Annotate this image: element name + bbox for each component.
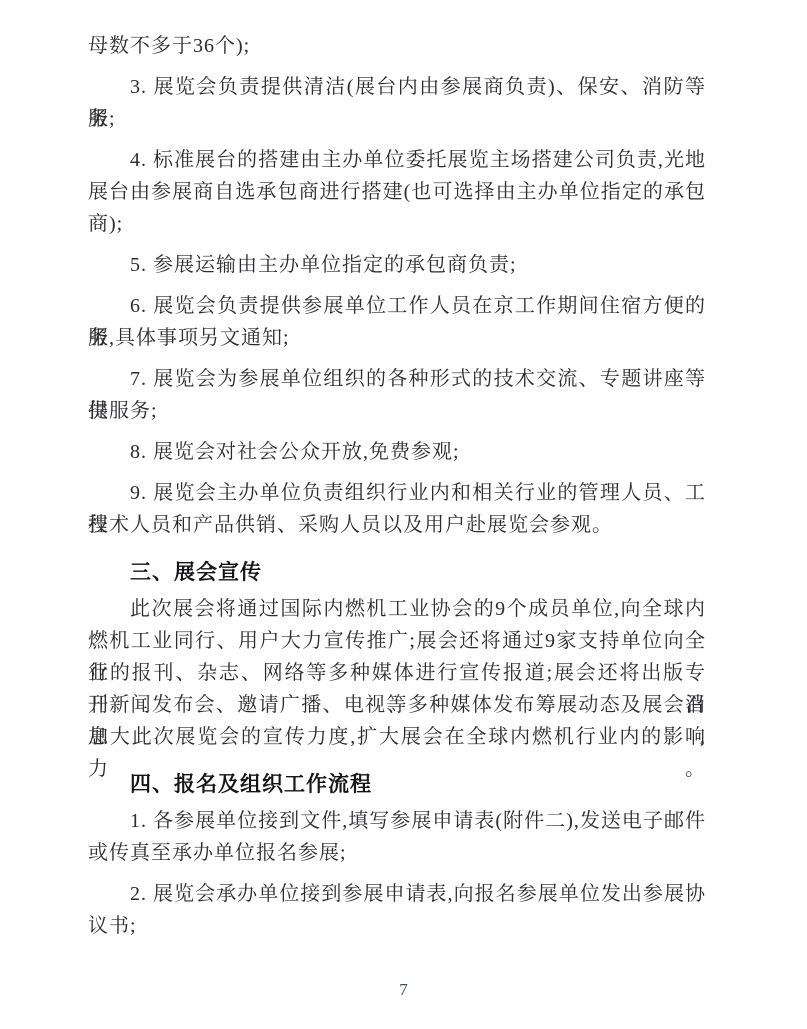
paragraph: 2. 展览会承办单位接到参展申请表,向报名参展单位发出参展协 议书; — [88, 878, 706, 942]
paragraph: 5. 参展运输由主办单位指定的承包商负责; — [88, 249, 706, 281]
text-line: 加大此次展览会的宣传力度,扩大展会在全球内燃机行业内的影响力。 — [88, 721, 706, 753]
text-line: 2. 展览会承办单位接到参展申请表,向报名参展单位发出参展协 — [88, 878, 706, 910]
page-number: 7 — [399, 980, 408, 999]
paragraph: 9. 展览会主办单位负责组织行业内和相关行业的管理人员、工程 技术人员和产品供销… — [88, 477, 706, 541]
text-line: 开新闻发布会、邀请广播、电视等多种媒体发布筹展动态及展会消息, — [88, 689, 706, 721]
paragraph: 8. 展览会对社会公众开放,免费参观; — [88, 436, 706, 468]
text-line: 燃机工业同行、用户大力宣传推广;展会还将通过9家支持单位向全行 — [88, 625, 706, 657]
text-line: 4. 标准展台的搭建由主办单位委托展览主场搭建公司负责,光地 — [88, 144, 706, 176]
heading-text: 三、展会宣传 — [88, 557, 706, 589]
document-page: 母数不多于36个); 3. 展览会负责提供清洁(展台内由参展商负责)、保安、消防… — [0, 0, 807, 1029]
text-line: 9. 展览会主办单位负责组织行业内和相关行业的管理人员、工程 — [88, 477, 706, 509]
text-line: 母数不多于36个); — [88, 30, 706, 62]
document-body: 母数不多于36个); 3. 展览会负责提供清洁(展台内由参展商负责)、保安、消防… — [88, 30, 706, 942]
paragraph: 3. 展览会负责提供清洁(展台内由参展商负责)、保安、消防等服 务; — [88, 71, 706, 135]
text-line: 务; — [88, 103, 706, 135]
paragraph: 此次展会将通过国际内燃机工业协会的9个成员单位,向全球内 燃机工业同行、用户大力… — [88, 593, 706, 753]
paragraph: 母数不多于36个); — [88, 30, 706, 62]
text-line: 供服务; — [88, 395, 706, 427]
text-line: 6. 展览会负责提供参展单位工作人员在京工作期间住宿方便的服 — [88, 290, 706, 322]
text-line: 业的报刊、杂志、网络等多种媒体进行宣传报道;展会还将出版专刊、召 — [88, 657, 706, 689]
paragraph: 1. 各参展单位接到文件,填写参展申请表(附件二),发送电子邮件 或传真至承办单… — [88, 805, 706, 869]
text-line: 展台由参展商自选承包商进行搭建(也可选择由主办单位指定的承包 — [88, 176, 706, 208]
text-line: 1. 各参展单位接到文件,填写参展申请表(附件二),发送电子邮件 — [88, 805, 706, 837]
text-line: 或传真至承办单位报名参展; — [88, 837, 706, 869]
page-footer: 7 — [0, 980, 807, 1000]
text-line: 5. 参展运输由主办单位指定的承包商负责; — [88, 249, 706, 281]
text-line: 3. 展览会负责提供清洁(展台内由参展商负责)、保安、消防等服 — [88, 71, 706, 103]
section-heading: 三、展会宣传 — [88, 557, 706, 589]
text-line: 议书; — [88, 910, 706, 942]
text-line: 务,具体事项另文通知; — [88, 322, 706, 354]
text-line: 技术人员和产品供销、采购人员以及用户赴展览会参观。 — [88, 509, 706, 541]
paragraph: 7. 展览会为参展单位组织的各种形式的技术交流、专题讲座等提 供服务; — [88, 363, 706, 427]
text-line: 此次展会将通过国际内燃机工业协会的9个成员单位,向全球内 — [88, 593, 706, 625]
paragraph: 6. 展览会负责提供参展单位工作人员在京工作期间住宿方便的服 务,具体事项另文通… — [88, 290, 706, 354]
text-line: 8. 展览会对社会公众开放,免费参观; — [88, 436, 706, 468]
text-line: 7. 展览会为参展单位组织的各种形式的技术交流、专题讲座等提 — [88, 363, 706, 395]
text-line: 商); — [88, 208, 706, 240]
paragraph: 4. 标准展台的搭建由主办单位委托展览主场搭建公司负责,光地 展台由参展商自选承… — [88, 144, 706, 240]
